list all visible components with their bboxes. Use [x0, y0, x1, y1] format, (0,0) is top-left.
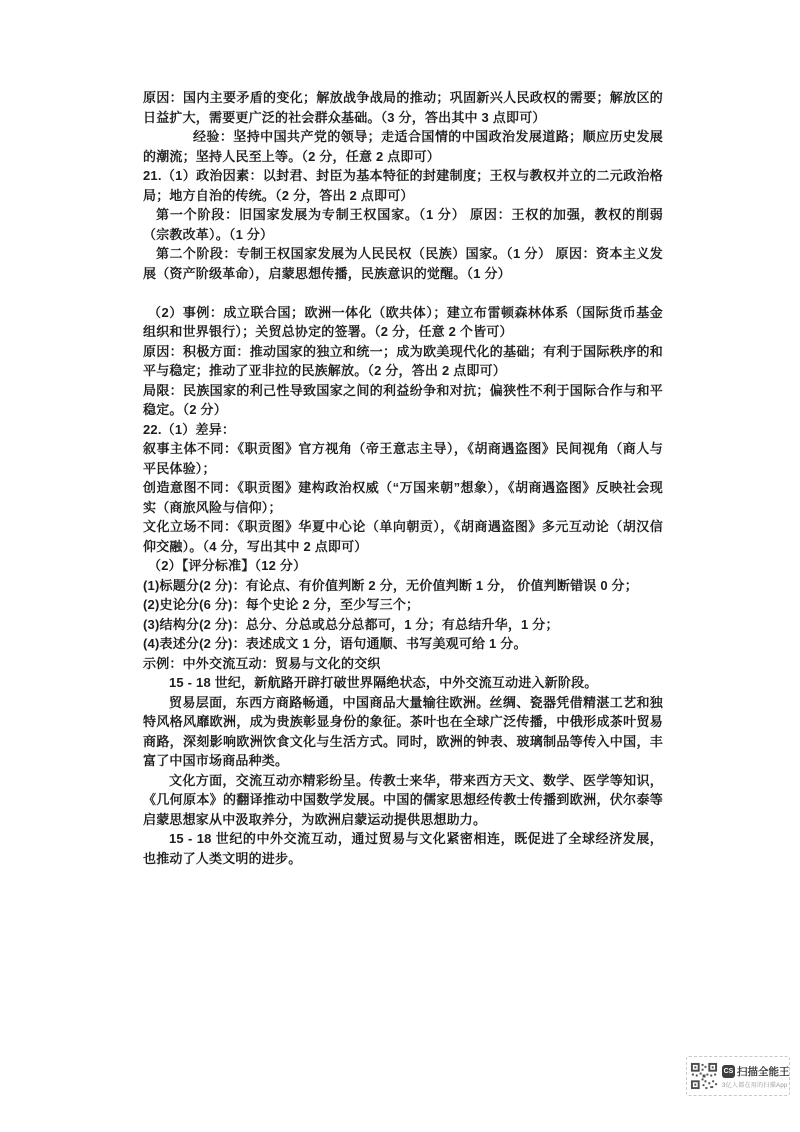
- watermark-tagline: 3亿人都在用的扫描App: [722, 1080, 786, 1089]
- para-rubric-title-score: (1)标题分(2 分)：有论点、有价值判断 2 分，无价值判断 1 分， 价值判…: [143, 576, 663, 596]
- para-q21-stage1: 第一个阶段：旧国家发展为专制王权国家。（1 分） 原因：王权的加强，教权的削弱（…: [143, 205, 663, 244]
- para-q22-1-differences-heading: 22.（1）差异：: [143, 420, 663, 440]
- scanned-answer-sheet-page: 原因：国内主要矛盾的变化；解放战争战局的推动；巩固新兴人民政权的需要；解放区的日…: [0, 0, 800, 1132]
- para-example-conclusion: 15 - 18 世纪的中外交流互动，通过贸易与文化紧密相连，既促进了全球经济发展…: [143, 829, 663, 868]
- para-q21-2-examples: （2）事例：成立联合国；欧洲一体化（欧共体）；建立布雷顿森林体系（国际货币基金组…: [143, 303, 663, 342]
- para-q20-causes: 原因：国内主要矛盾的变化；解放战争战局的推动；巩固新兴人民政权的需要；解放区的日…: [143, 88, 663, 127]
- para-rubric-structure-score: (3)结构分(2 分)：总分、分总或总分总都可，1 分；有总结升华，1 分；: [143, 615, 663, 635]
- para-q22-2-rubric-heading: （2）【评分标准】（12 分）: [143, 556, 663, 576]
- para-q21-1-political-factors: 21.（1）政治因素：以封君、封臣为基本特征的封建制度；王权与教权并立的二元政治…: [143, 166, 663, 205]
- para-rubric-evidence-score: (2)史论分(6 分)：每个史论 2 分，至少写三个；: [143, 595, 663, 615]
- qr-code-icon: [690, 1062, 718, 1090]
- para-example-trade: 贸易层面，东西方商路畅通，中国商品大量输往欧洲。丝绸、瓷器凭借精湛工艺和独特风格…: [143, 693, 663, 771]
- para-example-culture: 文化方面，交流互动亦精彩纷呈。传教士来华，带来西方天文、数学、医学等知识，《几何…: [143, 771, 663, 830]
- answer-key-document: 原因：国内主要矛盾的变化；解放战争战局的推动；巩固新兴人民政权的需要；解放区的日…: [143, 88, 663, 868]
- watermark-app-name: 扫描全能王: [737, 1064, 790, 1079]
- para-example-intro: 15 - 18 世纪，新航路开辟打破世界隔绝状态，中外交流互动进入新阶段。: [143, 673, 663, 693]
- para-q22-cultural-stance: 文化立场不同：《职贡图》华夏中心论（单向朝贡），《胡商遇盗图》多元互动论（胡汉信…: [143, 517, 663, 556]
- para-example-title: 示例：中外交流互动：贸易与文化的交织: [143, 654, 663, 674]
- para-rubric-expression-score: (4)表述分(2 分)：表述成文 1 分，语句通顺、书写美观可给 1 分。: [143, 634, 663, 654]
- para-q21-2-limitations: 局限：民族国家的利己性导致国家之间的利益纷争和对抗；偏狭性不利于国际合作与和平稳…: [143, 381, 663, 420]
- para-q22-narrative-subject: 叙事主体不同：《职贡图》官方视角（帝王意志主导），《胡商遇盗图》民间视角（商人与…: [143, 439, 663, 478]
- para-q22-creative-intent: 创造意图不同：《职贡图》建构政治权威（“万国来朝”想象），《胡商遇盗图》反映社会…: [143, 478, 663, 517]
- camscanner-watermark: CS 扫描全能王 3亿人都在用的扫描App: [686, 1056, 790, 1096]
- para-q21-stage2: 第二个阶段：专制王权国家发展为人民民权（民族）国家。（1 分） 原因：资本主义发…: [143, 244, 663, 283]
- cs-app-logo-icon: CS: [722, 1065, 735, 1078]
- para-q21-2-reasons: 原因：积极方面：推动国家的独立和统一；成为欧美现代化的基础；有利于国际秩序的和平…: [143, 342, 663, 381]
- para-q20-experience: 经验：坚持中国共产党的领导；走适合国情的中国政治发展道路；顺应历史发展的潮流；坚…: [143, 127, 663, 166]
